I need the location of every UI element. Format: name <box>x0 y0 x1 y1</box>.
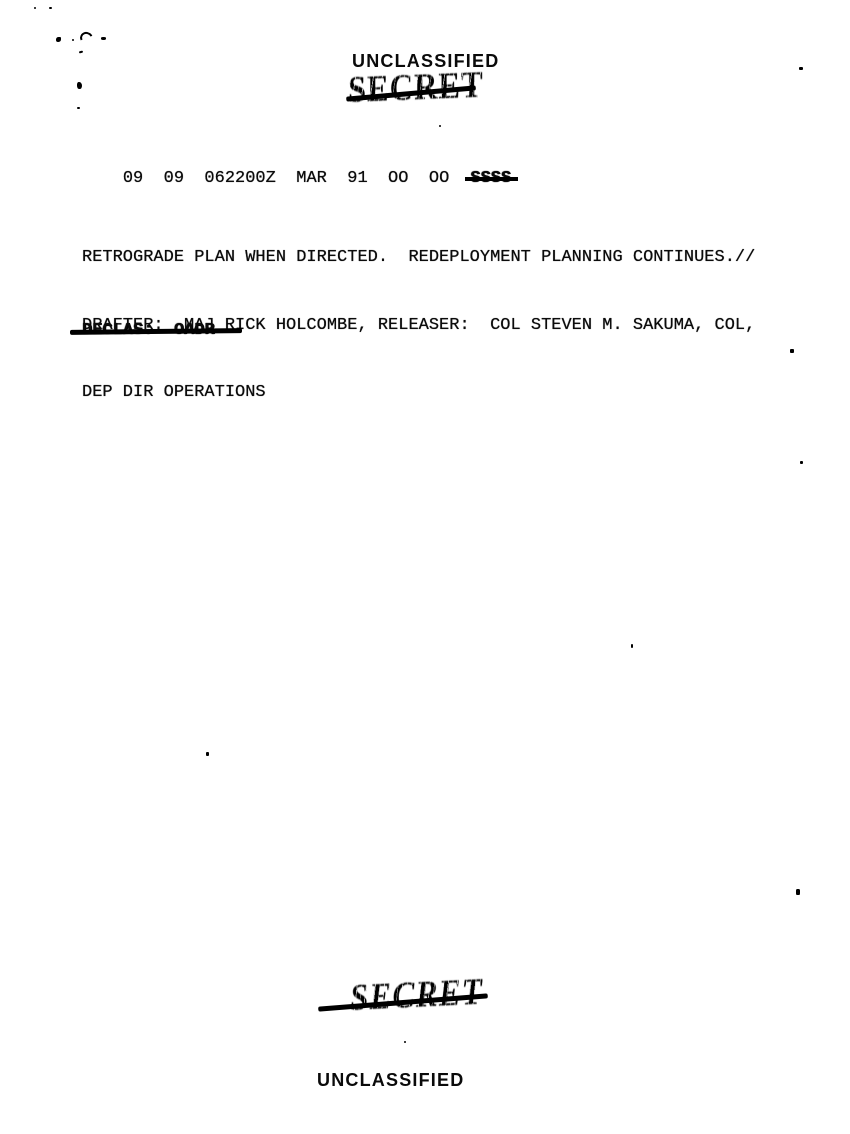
ink-speck <box>439 125 441 127</box>
body-line-dep-dir: DEP DIR OPERATIONS <box>82 384 755 401</box>
ink-speck <box>79 51 83 54</box>
ink-speck <box>799 67 803 70</box>
ink-speck <box>77 82 82 89</box>
ink-speck <box>790 349 794 353</box>
ink-speck <box>101 37 106 40</box>
ink-speck <box>72 39 74 41</box>
scanned-document-page: UNCLASSIFIED SECRET 09 09 062200Z MAR 91… <box>0 0 850 1134</box>
struck-classification-code: SSSS <box>470 170 511 187</box>
ink-speck <box>34 7 36 9</box>
ink-speck <box>800 461 803 464</box>
ink-speck <box>404 1041 406 1043</box>
ink-speck <box>206 752 209 756</box>
ink-speck <box>49 7 52 9</box>
pen-mark <box>78 30 94 46</box>
ink-speck <box>631 644 633 648</box>
strikethrough-line-code <box>465 177 518 181</box>
ink-speck <box>796 889 800 895</box>
body-line-retrograde: RETROGRADE PLAN WHEN DIRECTED. REDEPLOYM… <box>82 249 755 266</box>
message-header-line: 09 09 062200Z MAR 91 OO OOSSSS <box>82 153 511 204</box>
bottom-classification-label: UNCLASSIFIED <box>317 1070 464 1091</box>
ink-speck <box>77 107 80 109</box>
message-header-text: 09 09 062200Z MAR 91 OO OO <box>123 169 449 188</box>
ink-speck <box>56 37 61 42</box>
